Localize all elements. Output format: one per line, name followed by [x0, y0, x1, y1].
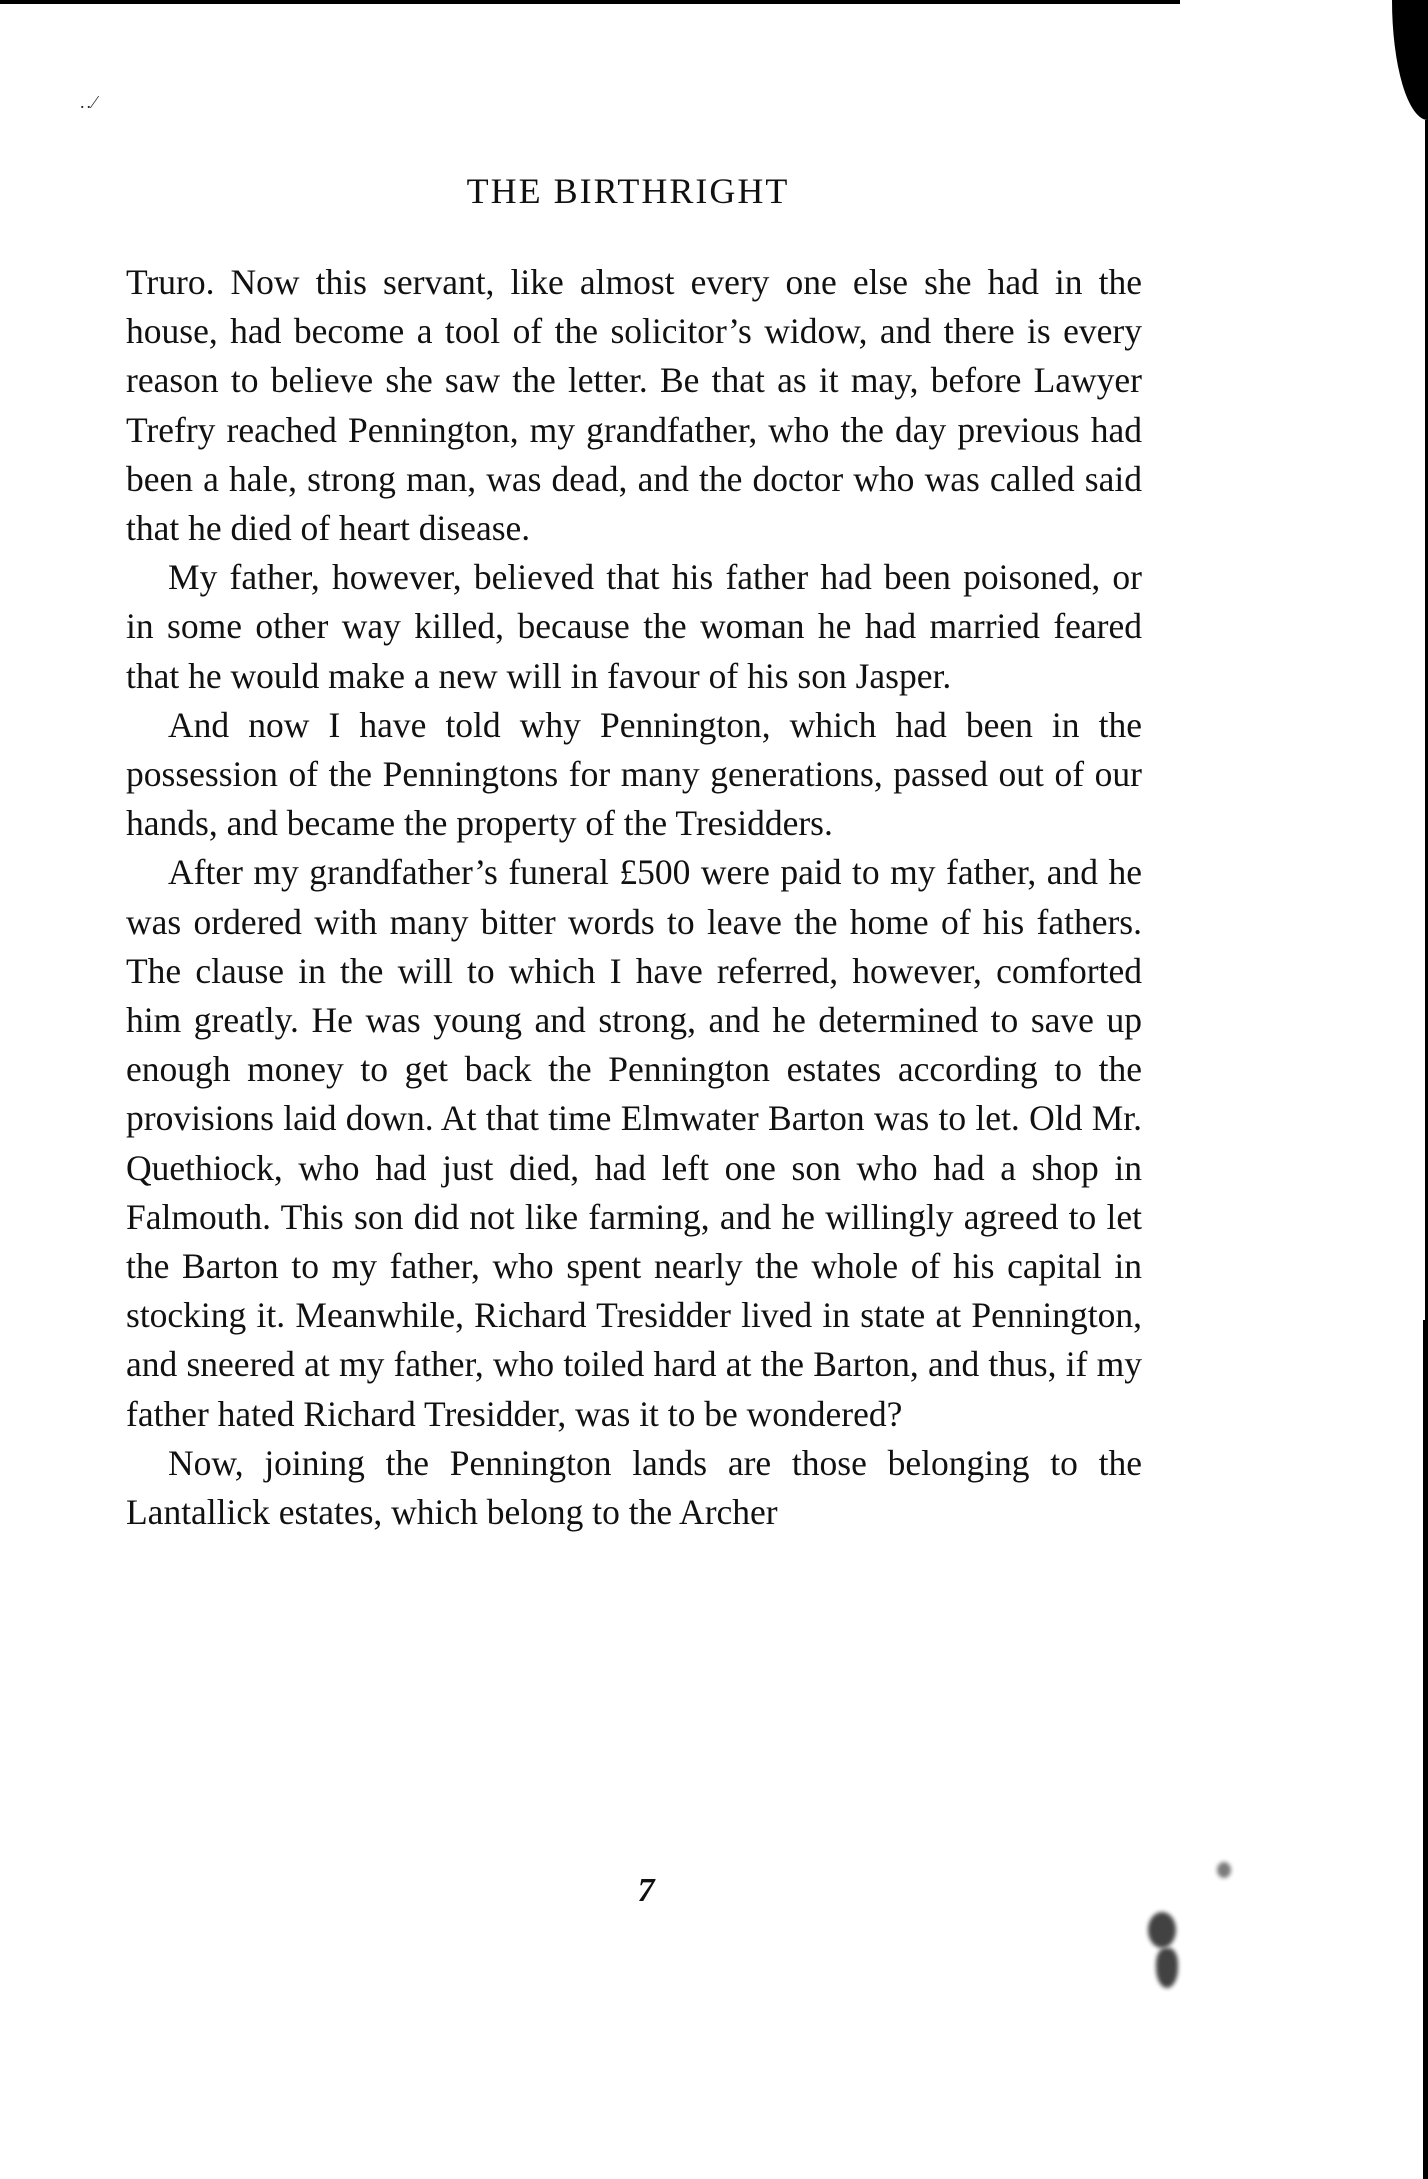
margin-mark: ..⁄ — [80, 92, 98, 113]
paragraph: Now, joining the Pennington lands are th… — [126, 1439, 1142, 1537]
scan-right-edge-lower — [1423, 1320, 1428, 2179]
ink-smudge — [1148, 1912, 1176, 1948]
scan-top-edge — [0, 0, 1180, 4]
page-body: Truro. Now this servant, like almost eve… — [126, 258, 1142, 1537]
paragraph: Truro. Now this servant, like almost eve… — [126, 258, 1142, 553]
running-head: THE BIRTHRIGHT — [0, 170, 1256, 212]
paragraph: And now I have told why Pennington, whic… — [126, 701, 1142, 849]
page-number: 7 — [0, 1872, 1292, 1910]
paragraph: My father, however, believed that his fa… — [126, 553, 1142, 701]
paragraph: After my grandfather’s funeral £500 were… — [126, 848, 1142, 1438]
ink-smudge — [1156, 1948, 1178, 1988]
scan-page-corner — [1392, 0, 1428, 120]
